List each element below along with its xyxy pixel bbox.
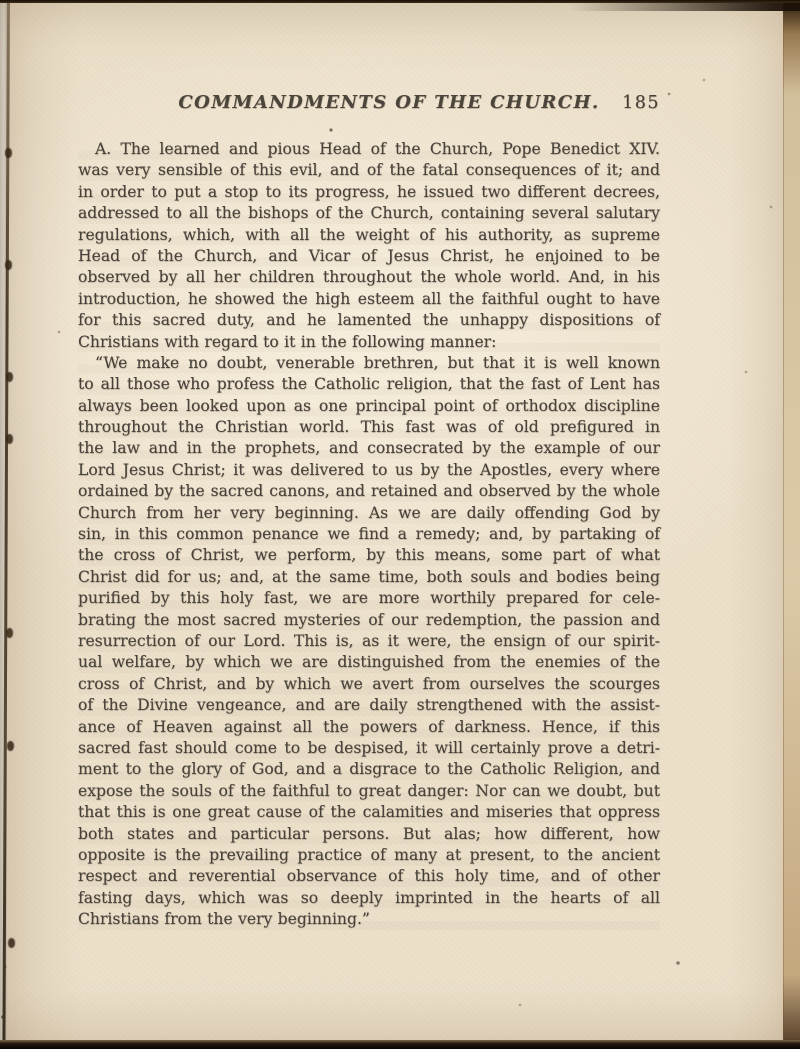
text-line: “We make no doubt, venerable brethren, b… bbox=[78, 353, 660, 374]
paragraph: A. The learned and pious Head of the Chu… bbox=[78, 139, 660, 353]
text-line: observed by all her children throughout … bbox=[78, 267, 660, 288]
text-line: the law and in the prophets, and consecr… bbox=[78, 438, 660, 459]
photo-top-edge bbox=[0, 0, 800, 3]
binding-stitch-mark bbox=[8, 938, 15, 948]
text-line: regulations, which, with all the weight … bbox=[78, 225, 660, 246]
binding-stitch-mark bbox=[6, 434, 13, 444]
book-page-photo: COMMANDMENTS OF THE CHURCH. 185 A. The l… bbox=[0, 0, 800, 1049]
photo-bottom-edge bbox=[0, 1040, 800, 1049]
text-line: addressed to all the bishops of the Chur… bbox=[78, 203, 660, 224]
binding-stitch-mark bbox=[7, 741, 14, 751]
text-line: Head of the Church, and Vicar of Jesus C… bbox=[78, 246, 660, 267]
text-line: the cross of Christ, we perform, by this… bbox=[78, 545, 660, 566]
text-line: respect and reverential observance of th… bbox=[78, 866, 660, 887]
text-line: to all those who profess the Catholic re… bbox=[78, 374, 660, 395]
text-line: Christians from the very beginning.” bbox=[78, 909, 660, 930]
text-line: that this is one great cause of the cala… bbox=[78, 802, 660, 823]
text-line: ual welfare, by which we are distinguish… bbox=[78, 652, 660, 673]
paragraph: “We make no doubt, venerable brethren, b… bbox=[78, 353, 660, 931]
text-line: fasting days, which was so deeply imprin… bbox=[78, 888, 660, 909]
page-number: 185 bbox=[622, 93, 660, 113]
text-line: both states and particular persons. But … bbox=[78, 824, 660, 845]
text-line: in order to put a stop to its progress, … bbox=[78, 182, 660, 203]
text-line: for this sacred duty, and he lamented th… bbox=[78, 310, 660, 331]
text-line: resurrection of our Lord. This is, as it… bbox=[78, 631, 660, 652]
text-line: throughout the Christian world. This fas… bbox=[78, 417, 660, 438]
binding-stitch-mark bbox=[6, 372, 13, 382]
text-line: always been looked upon as one principal… bbox=[78, 396, 660, 417]
body-text: A. The learned and pious Head of the Chu… bbox=[78, 139, 660, 930]
text-line: of the Divine vengeance, and are daily s… bbox=[78, 695, 660, 716]
binding-stitch-mark bbox=[5, 260, 12, 270]
binding-stitch-mark bbox=[6, 628, 13, 638]
binding-stitch-mark bbox=[5, 148, 12, 158]
text-line: cross of Christ, and by which we avert f… bbox=[78, 674, 660, 695]
text-line: Lord Jesus Christ; it was delivered to u… bbox=[78, 460, 660, 481]
text-line: brating the most sacred mysteries of our… bbox=[78, 610, 660, 631]
text-line: purified by this holy fast, we are more … bbox=[78, 588, 660, 609]
text-line: Christ did for us; and, at the same time… bbox=[78, 567, 660, 588]
text-line: ordained by the sacred canons, and retai… bbox=[78, 481, 660, 502]
text-line: opposite is the prevailing practice of m… bbox=[78, 845, 660, 866]
text-line: expose the souls of the faithful to grea… bbox=[78, 781, 660, 802]
text-line: Church from her very beginning. As we ar… bbox=[78, 503, 660, 524]
text-line: Christians with regard to it in the foll… bbox=[78, 332, 660, 353]
text-line: ance of Heaven against all the powers of… bbox=[78, 717, 660, 738]
running-head: COMMANDMENTS OF THE CHURCH. 185 bbox=[78, 92, 660, 116]
text-line: was very sensible of this evil, and of t… bbox=[78, 160, 660, 181]
text-line: ment to the glory of God, and a disgrace… bbox=[78, 759, 660, 780]
text-line: A. The learned and pious Head of the Chu… bbox=[78, 139, 660, 160]
text-line: sacred fast should come to be despised, … bbox=[78, 738, 660, 759]
page-edge-right bbox=[783, 0, 800, 1049]
page-title: COMMANDMENTS OF THE CHURCH. bbox=[78, 92, 660, 113]
text-line: introduction, he showed the high esteem … bbox=[78, 289, 660, 310]
text-line: sin, in this common penance we find a re… bbox=[78, 524, 660, 545]
